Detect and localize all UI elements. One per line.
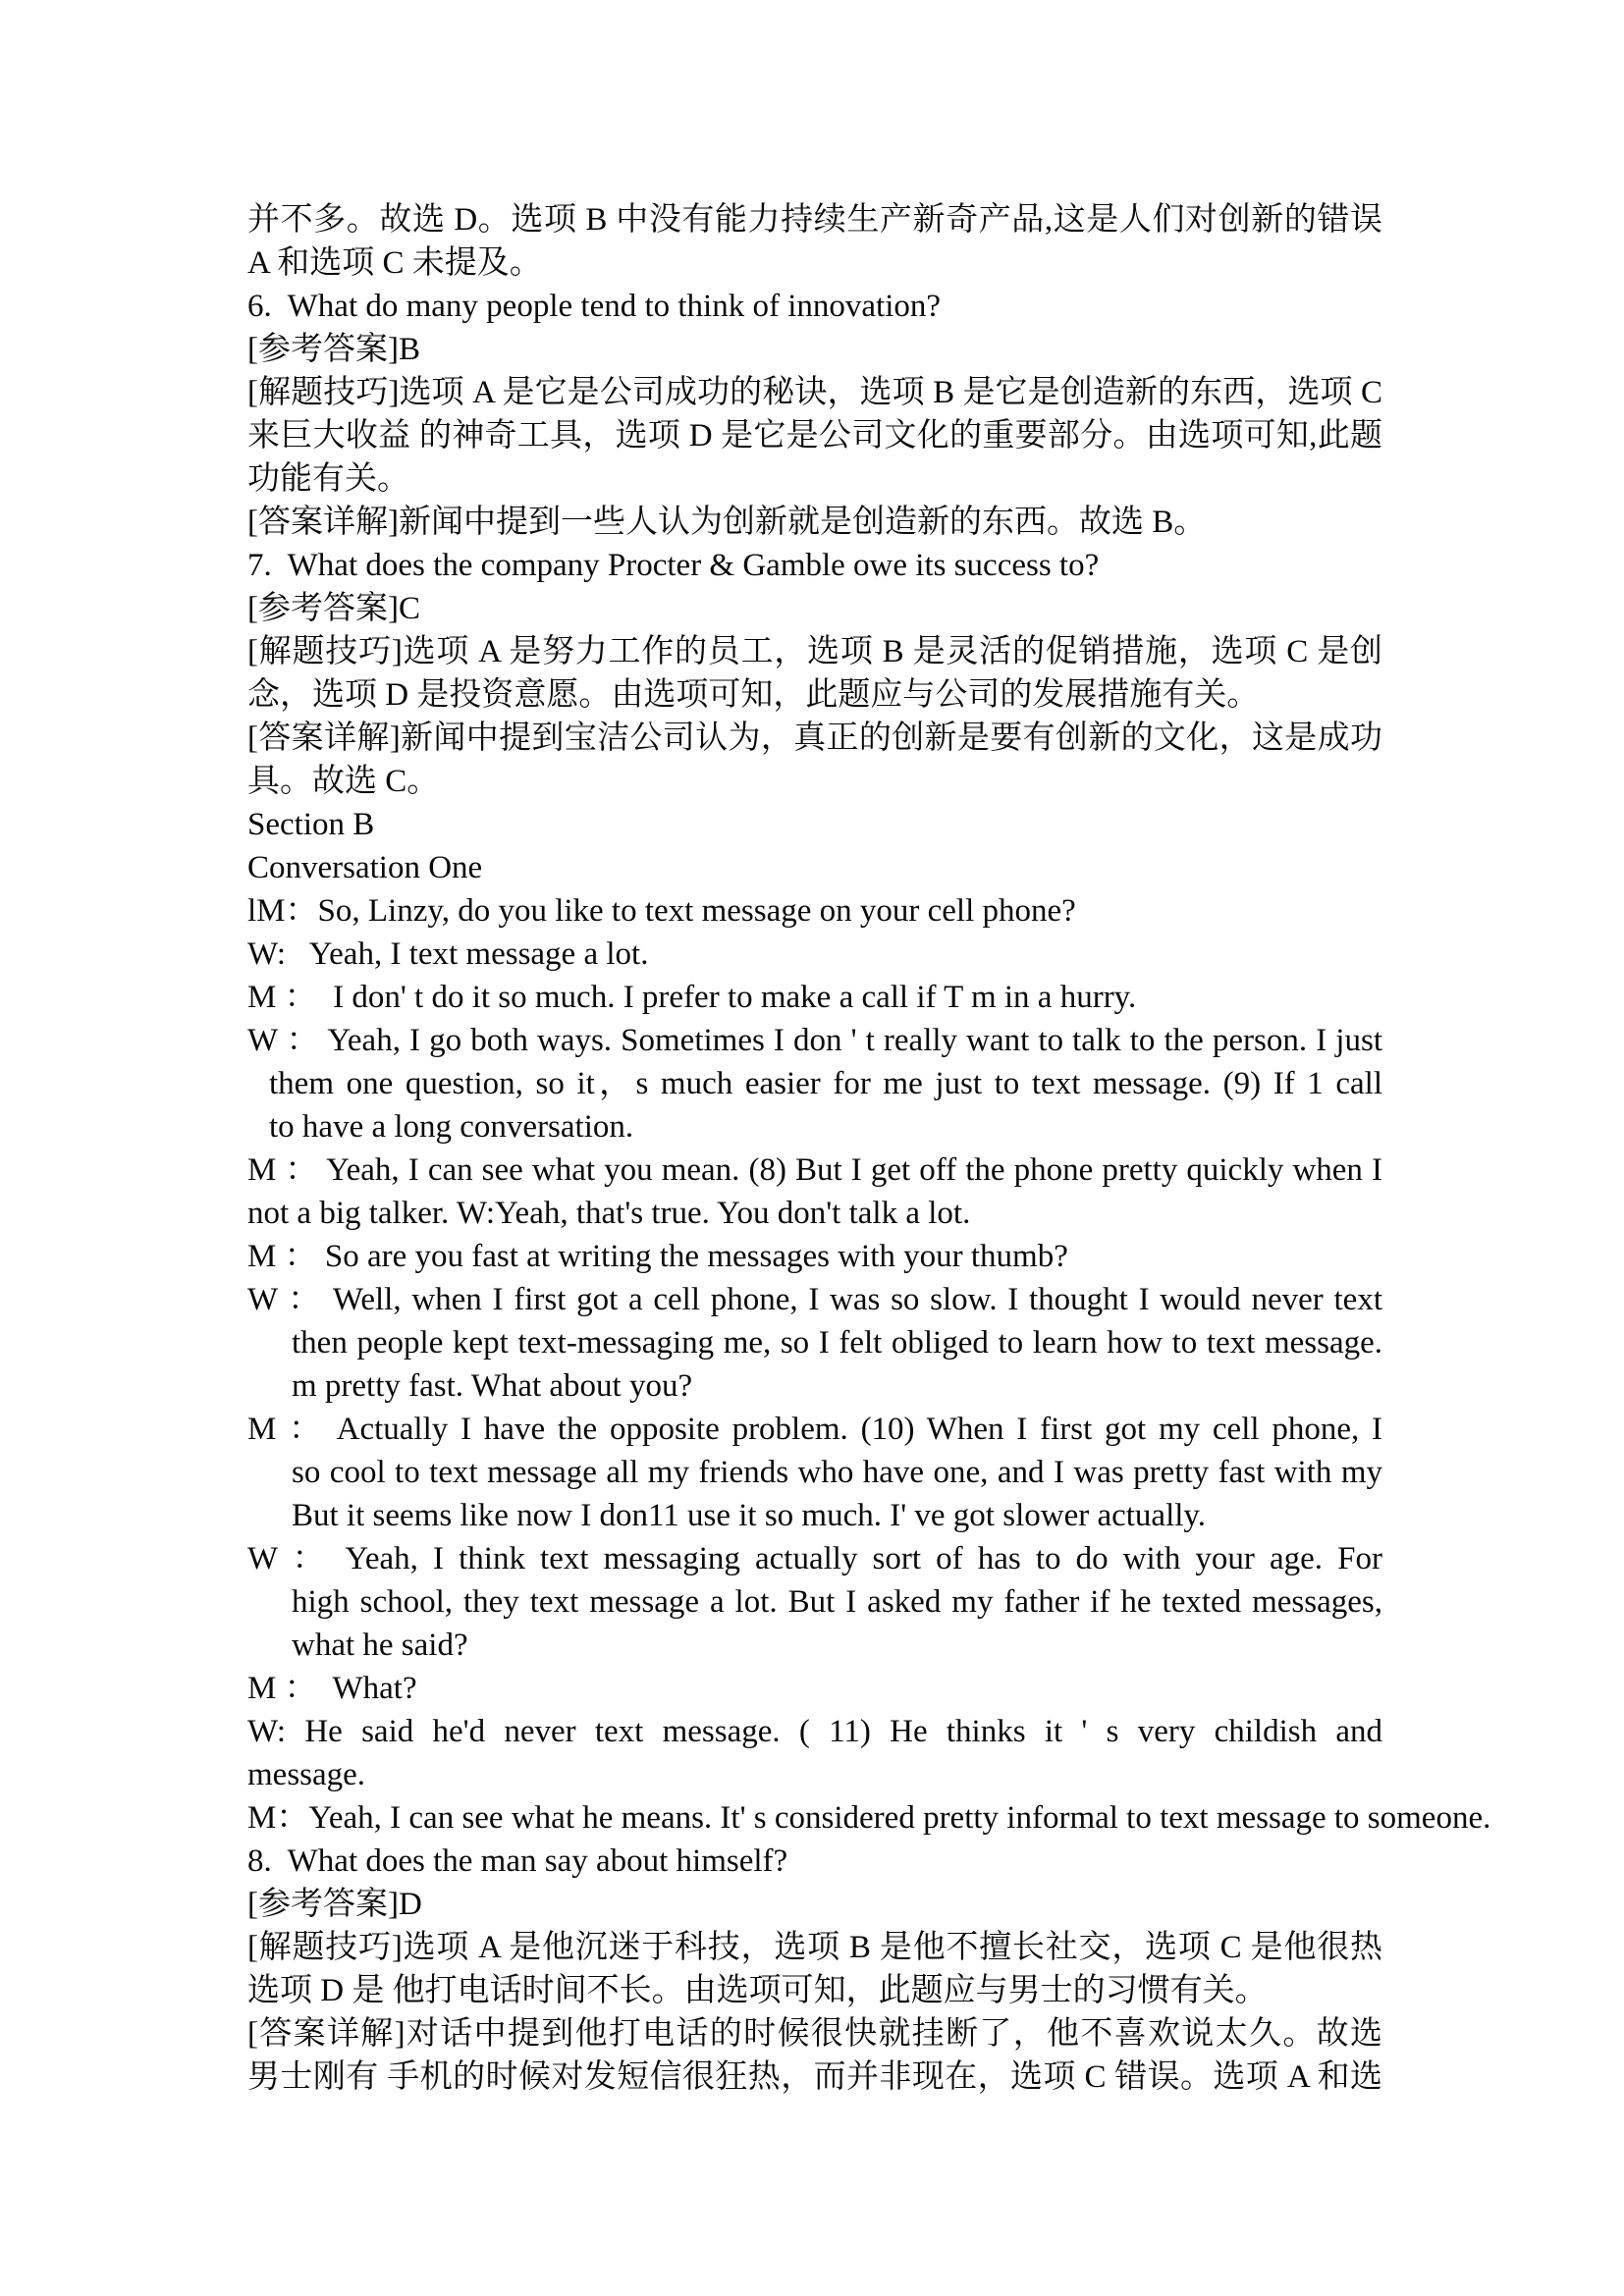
document-page: 并不多。故选 D。选项 B 中没有能力持续生产新奇产品,这是人们对创新的错误看法… [0, 0, 1624, 2296]
text-line: W ： Yeah, I go both ways. Sometimes I do… [247, 1019, 1382, 1062]
text-line: M ： Yeah, I can see what you mean. (8) B… [247, 1148, 1382, 1192]
text-line: W: He said he'd never text message. ( 11… [247, 1710, 1382, 1753]
text-line: Conversation One [247, 846, 1382, 889]
text-line: 8. What does the man say about himself? [247, 1840, 1382, 1883]
text-line: A 和选项 C 未提及。 [247, 241, 1382, 285]
text-line: M：Yeah, I can see what he means. It' s c… [247, 1796, 1382, 1840]
text-line: 6. What do many people tend to think of … [247, 285, 1382, 328]
text-line: But it seems like now I don11 use it so … [247, 1494, 1382, 1537]
text-line: 选项 D 是 他打电话时间不长。由选项可知，此题应与男士的习惯有关。 [247, 1969, 1382, 2012]
text-line: 具。故选 C。 [247, 760, 1382, 803]
text-line: M ： Actually I have the opposite problem… [247, 1408, 1382, 1451]
text-line: [答案详解]新闻中提到一些人认为创新就是创造新的东西。故选 B。 [247, 501, 1382, 544]
text-line: then people kept text-messaging me, so I… [247, 1321, 1382, 1364]
text-line: high school, they text message a lot. Bu… [247, 1580, 1382, 1624]
text-line: [参考答案]B [247, 328, 1382, 371]
text-line: Section B [247, 803, 1382, 846]
text-line: [答案详解]对话中提到他打电话的时候很快就挂断了，他不喜欢说太久。故选 D。对话… [247, 2012, 1382, 2056]
text-line: [参考答案]C [247, 587, 1382, 630]
text-line: [参考答案]D [247, 1883, 1382, 1926]
text-line: W ： Well, when I first got a cell phone,… [247, 1278, 1382, 1321]
text-line: to have a long conversation. [247, 1105, 1382, 1148]
text-line: 功能有关。 [247, 457, 1382, 501]
text-line: lM：So, Linzy, do you like to text messag… [247, 889, 1382, 933]
text-line: not a big talker. W:Yeah, that's true. Y… [247, 1192, 1382, 1235]
text-line: [解题技巧]选项 A 是努力工作的员工，选项 B 是灵活的促销措施，选项 C 是… [247, 630, 1382, 673]
text-line: 来巨大收益 的神奇工具，选项 D 是它是公司文化的重要部分。由选项可知,此题应与… [247, 414, 1382, 457]
text-line: 男士刚有 手机的时候对发短信很狂热，而并非现在，选项 C 错误。选项 A 和选项… [247, 2056, 1382, 2099]
text-line: so cool to text message all my friends w… [247, 1451, 1382, 1494]
text-block: 并不多。故选 D。选项 B 中没有能力持续生产新奇产品,这是人们对创新的错误看法… [247, 198, 1382, 2099]
text-line: W ： Yeah, I think text messaging actuall… [247, 1537, 1382, 1580]
text-line: [解题技巧]选项 A 是他沉迷于科技，选项 B 是他不擅长社交，选项 C 是他很… [247, 1926, 1382, 1969]
text-line: them one question, so it，s much easier f… [247, 1062, 1382, 1105]
text-line: M ： What? [247, 1667, 1382, 1710]
text-line: M ： So are you fast at writing the messa… [247, 1235, 1382, 1278]
text-line: W: Yeah, I text message a lot. [247, 933, 1382, 976]
text-line: m pretty fast. What about you? [247, 1364, 1382, 1408]
text-line: 念，选项 D 是投资意愿。由选项可知，此题应与公司的发展措施有关。 [247, 673, 1382, 717]
text-line: what he said? [247, 1624, 1382, 1667]
text-line: [答案详解]新闻中提到宝洁公司认为，真正的创新是要有创新的文化，这是成功的基本工 [247, 717, 1382, 760]
text-line: [解题技巧]选项 A 是它是公司成功的秘诀，选项 B 是它是创造新的东西，选项 … [247, 371, 1382, 414]
text-line: message. [247, 1753, 1382, 1796]
text-line: 7. What does the company Procter & Gambl… [247, 544, 1382, 587]
text-line: M ： I don' t do it so much. I prefer to … [247, 976, 1382, 1019]
text-line: 并不多。故选 D。选项 B 中没有能力持续生产新奇产品,这是人们对创新的错误看法… [247, 198, 1382, 241]
